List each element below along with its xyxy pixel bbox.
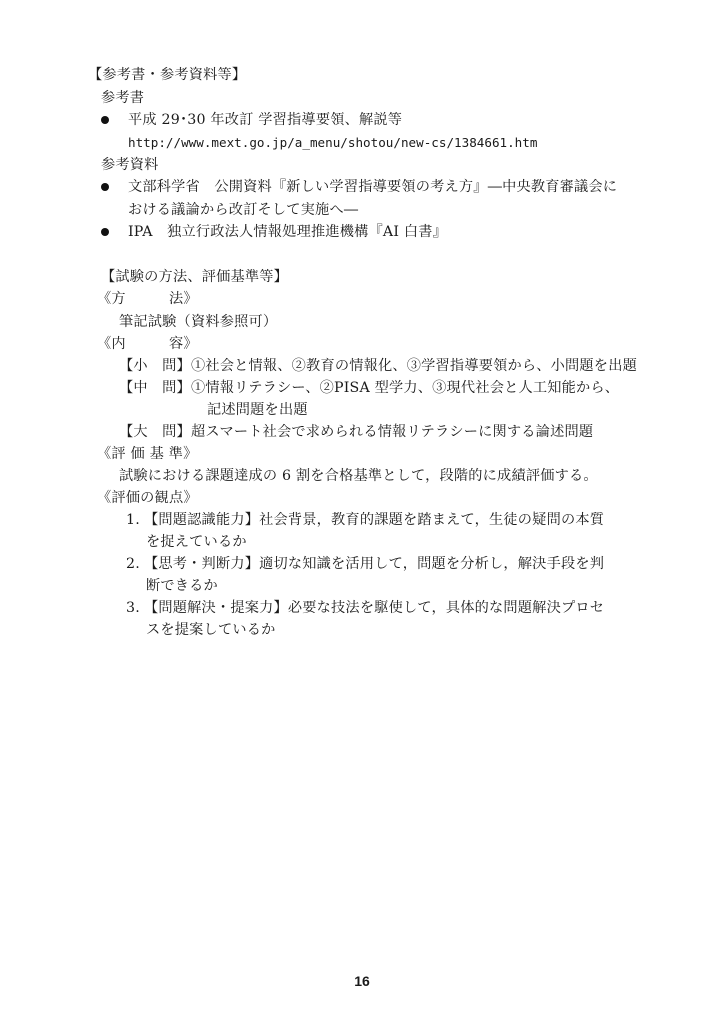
viewpoint-1-line1: 【問題認識能力】社会背景，教育的課題を踏まえて，生徒の疑問の本質 [144,511,604,529]
content-item-medium: 【中 問】①情報リテラシー、②PISA 型学力、③現代社会と人工知能から、 [119,379,619,397]
viewpoint-3-number: 3. [126,599,140,617]
content-item-large: 【大 問】超スマート社会で求められる情報リテラシーに関する論述問題 [119,423,593,441]
content-item-small: 【小 問】①社会と情報、②教育の情報化、③学習指導要領から、小問題を出題 [119,357,637,375]
viewpoint-2-line2: 断できるか [146,577,218,595]
criteria-text: 試験における課題達成の 6 割を合格基準として，段階的に成績評価する。 [119,467,598,485]
viewpoint-1-number: 1. [126,511,140,529]
content-item-tag: 【大 問】 [119,424,191,440]
books-label: 参考書 [101,89,144,107]
viewpoint-1-line2: を捉えているか [146,533,247,551]
viewpoint-2-number: 2. [126,555,140,573]
viewpoints-label: 《評価の観点》 [97,489,198,507]
bullet-icon [101,116,109,124]
material-item-2: IPA 独立行政法人情報処理推進機構『AI 白書』 [128,223,447,241]
content-item-text: ①情報リテラシー、②PISA 型学力、③現代社会と人工知能から、 [191,380,619,396]
bullet-icon [101,228,109,236]
content-item-text: ①社会と情報、②教育の情報化、③学習指導要領から、小問題を出題 [191,358,637,374]
material-item-1-line2: おける議論から改訂そして実施へ― [128,201,358,219]
viewpoint-2-line1: 【思考・判断力】適切な知識を活用して，問題を分析し，解決手段を判 [144,555,604,573]
method-text: 筆記試験（資料参照可） [119,313,277,331]
content-item-tag: 【小 問】 [119,358,191,374]
document-page: 【参考書・参考資料等】 参考書 平成 29･30 年改訂 学習指導要領、解説等 … [0,0,724,1024]
viewpoint-3-line2: スを提案しているか [146,621,276,639]
criteria-label: 《評 価 基 準》 [97,445,197,463]
material-item-1-line1: 文部科学省 公開資料『新しい学習指導要領の考え方』―中央教育審議会に [128,178,617,196]
page-number: 16 [0,973,724,989]
materials-label: 参考資料 [101,156,159,174]
bullet-icon [101,183,109,191]
method-label: 《方 法》 [97,290,198,308]
exam-heading: 【試験の方法、評価基準等】 [101,268,288,286]
viewpoint-3-line1: 【問題解決・提案力】必要な技法を駆使して，具体的な問題解決プロセ [144,599,604,617]
references-heading: 【参考書・参考資料等】 [88,66,246,84]
content-item-text: 超スマート社会で求められる情報リテラシーに関する論述問題 [191,424,593,440]
content-item-medium-line2: 記述問題を出題 [207,401,308,419]
content-label: 《内 容》 [97,335,198,353]
book-item: 平成 29･30 年改訂 学習指導要領、解説等 [128,111,402,129]
content-item-tag: 【中 問】 [119,380,191,396]
book-url-link[interactable]: http://www.mext.go.jp/a_menu/shotou/new-… [128,134,537,152]
